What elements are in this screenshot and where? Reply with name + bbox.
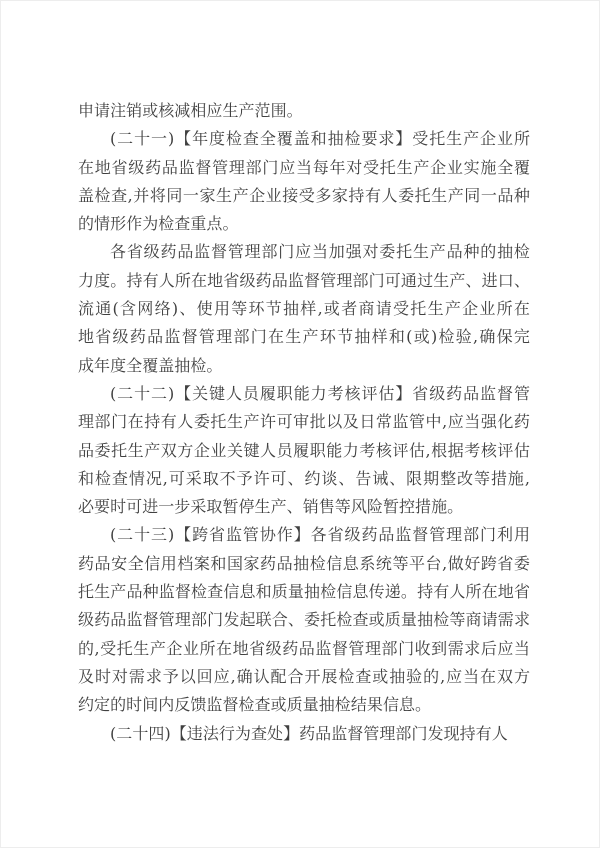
text-line: 力度。持有人所在地省级药品监督管理部门可通过生产、进口、 (78, 267, 530, 295)
text-line: 地省级药品监督管理部门在生产环节抽样和(或)检验,确保完 (78, 323, 530, 351)
text-line: 盖检查,并将同一家生产企业接受多家持有人委托生产同一品种 (78, 182, 530, 210)
paragraph: (二十二)【关键人员履职能力考核评估】省级药品监督管理部门在持有人委托生产许可审… (78, 380, 530, 521)
text-line: 的,受托生产企业所在地省级药品监督管理部门收到需求后应当 (78, 635, 530, 663)
text-line: 流通(含网络)、使用等环节抽样,或者商请受托生产企业所在 (78, 295, 530, 323)
text-line: 级药品监督管理部门发起联合、委托检查或质量抽检等商请需求 (78, 606, 530, 634)
text-line: (二十一)【年度检查全覆盖和抽检要求】受托生产企业所 (78, 125, 530, 153)
text-line: 品委托生产双方企业关键人员履职能力考核评估,根据考核评估 (78, 437, 530, 465)
paragraph: (二十一)【年度检查全覆盖和抽检要求】受托生产企业所在地省级药品监督管理部门应当… (78, 125, 530, 238)
paragraph: 申请注销或核减相应生产范围。 (78, 97, 530, 125)
document-text: 申请注销或核减相应生产范围。(二十一)【年度检查全覆盖和抽检要求】受托生产企业所… (78, 97, 530, 748)
text-line: 药品安全信用档案和国家药品抽检信息系统等平台,做好跨省委 (78, 550, 530, 578)
text-line: 申请注销或核减相应生产范围。 (78, 97, 530, 125)
text-line: 在地省级药品监督管理部门应当每年对受托生产企业实施全覆 (78, 154, 530, 182)
text-line: (二十二)【关键人员履职能力考核评估】省级药品监督管 (78, 380, 530, 408)
text-line: 成年度全覆盖抽检。 (78, 352, 530, 380)
paragraph: (二十三)【跨省监管协作】各省级药品监督管理部门利用药品安全信用档案和国家药品抽… (78, 521, 530, 719)
text-line: 的情形作为检查重点。 (78, 210, 530, 238)
text-line: 及时对需求予以回应,确认配合开展检查或抽验的,应当在双方 (78, 663, 530, 691)
paragraph: (二十四)【违法行为查处】药品监督管理部门发现持有人 (78, 720, 530, 748)
document-page: 申请注销或核减相应生产范围。(二十一)【年度检查全覆盖和抽检要求】受托生产企业所… (0, 0, 600, 848)
text-line: (二十四)【违法行为查处】药品监督管理部门发现持有人 (78, 720, 530, 748)
text-line: 各省级药品监督管理部门应当加强对委托生产品种的抽检 (78, 238, 530, 266)
screenshot-root: { "page": { "background_color": "#ffffff… (0, 0, 600, 848)
text-line: 约定的时间内反馈监督检查或质量抽检结果信息。 (78, 691, 530, 719)
paragraph: 各省级药品监督管理部门应当加强对委托生产品种的抽检力度。持有人所在地省级药品监督… (78, 238, 530, 379)
text-line: 理部门在持有人委托生产许可审批以及日常监管中,应当强化药 (78, 408, 530, 436)
text-line: 和检查情况,可采取不予许可、约谈、告诫、限期整改等措施, (78, 465, 530, 493)
text-line: 托生产品种监督检查信息和质量抽检信息传递。持有人所在地省 (78, 578, 530, 606)
text-line: (二十三)【跨省监管协作】各省级药品监督管理部门利用 (78, 521, 530, 549)
text-line: 必要时可进一步采取暂停生产、销售等风险暂控措施。 (78, 493, 530, 521)
